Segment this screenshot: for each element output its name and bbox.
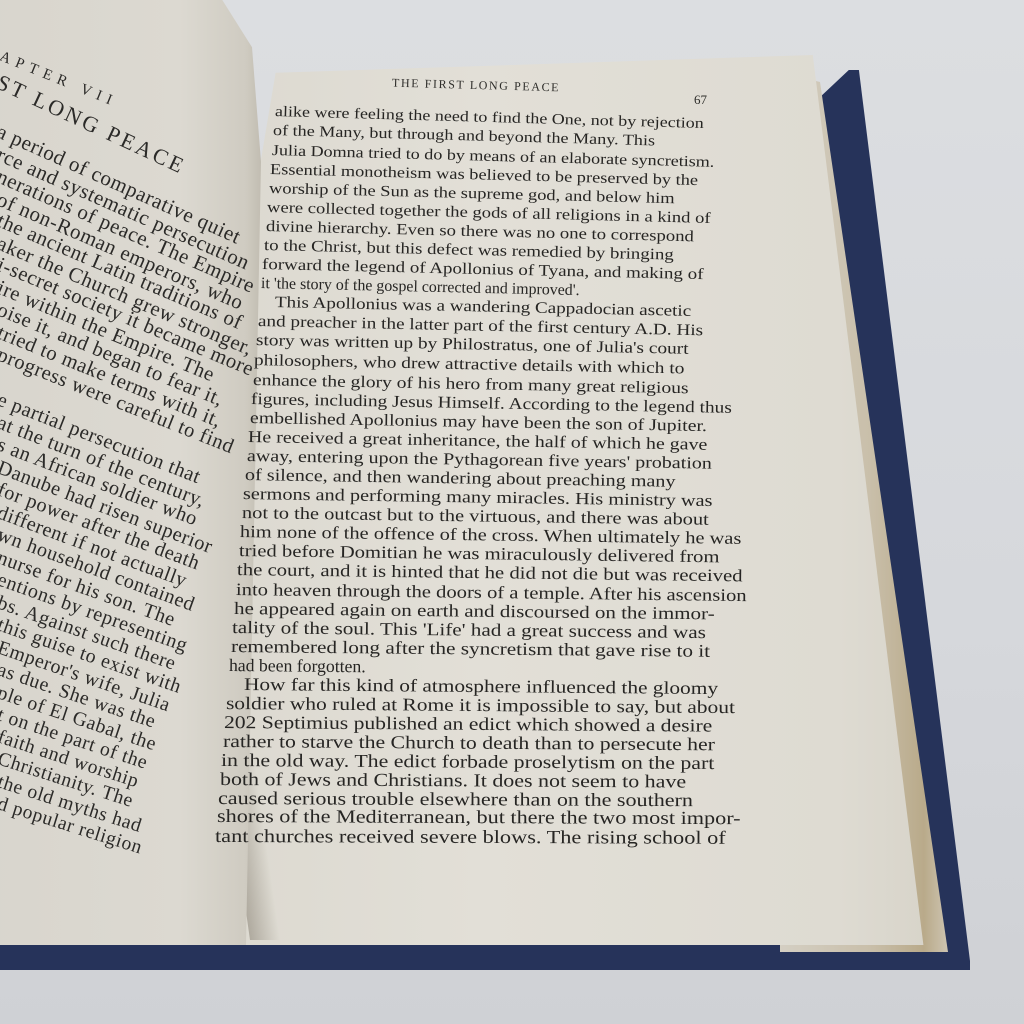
book-photo-scene: APTER VII ST LONG PEACE a period of comp…	[0, 0, 1024, 1024]
body-line: tant churches received severe blows. The…	[215, 826, 726, 850]
page-number: 67	[694, 92, 707, 108]
